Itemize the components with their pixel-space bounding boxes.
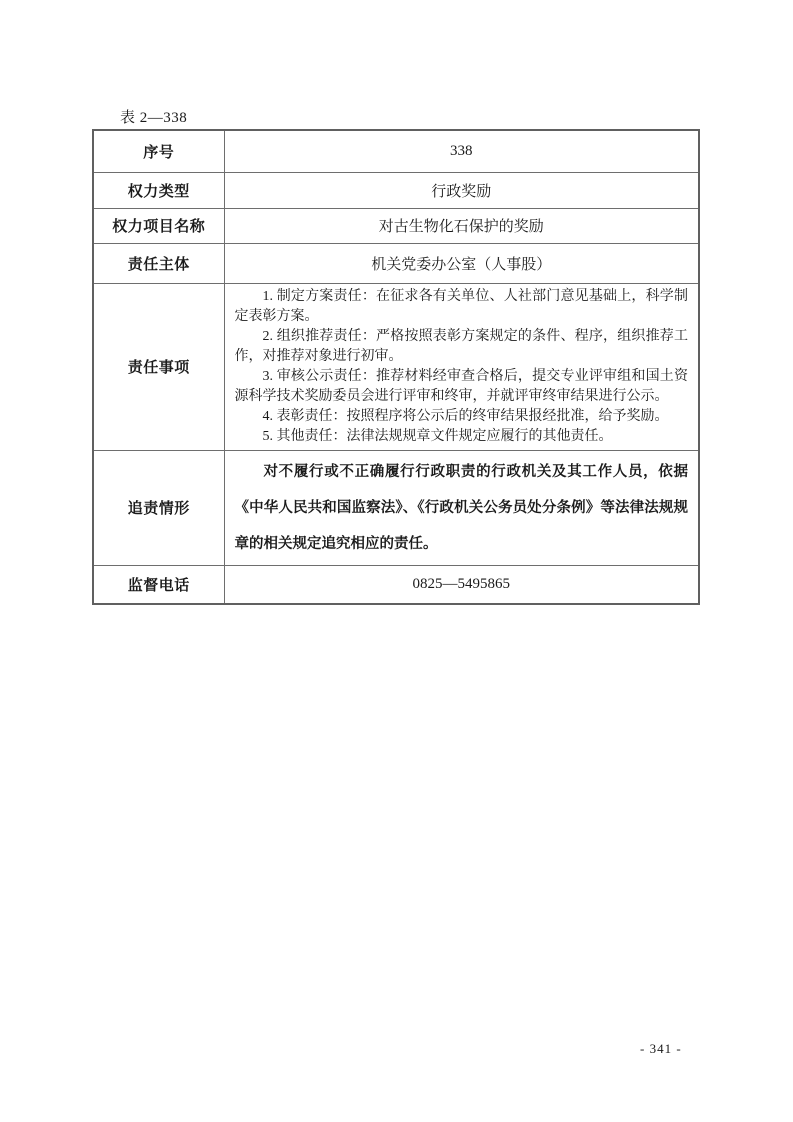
row-value-responsibility-items: 1. 制定方案责任：在征求各有关单位、人社部门意见基础上，科学制定表彰方案。 2… (224, 283, 699, 450)
table-row-supervision-phone: 监督电话 0825—5495865 (93, 565, 699, 604)
duty-item-2: 2. 组织推荐责任：严格按照表彰方案规定的条件、程序，组织推荐工作，对推荐对象进… (235, 327, 689, 367)
duty-item-5: 5. 其他责任：法律法规规章文件规定应履行的其他责任。 (235, 427, 689, 447)
row-value-responsible-body: 机关党委办公室（人事股） (224, 243, 699, 283)
duty-item-4: 4. 表彰责任：按照程序将公示后的终审结果报经批准，给予奖励。 (235, 407, 689, 427)
row-label-responsible-body: 责任主体 (93, 243, 224, 283)
row-value-serial-number: 338 (224, 130, 699, 172)
document-page: 表 2—338 序号 338 权力类型 行政奖励 权力项目名称 对古生物化石保护… (0, 0, 793, 1122)
page-number: - 341 - (640, 1041, 682, 1057)
responsibility-table: 序号 338 权力类型 行政奖励 权力项目名称 对古生物化石保护的奖励 责任主体… (92, 129, 700, 605)
accountability-text: 对不履行或不正确履行行政职责的行政机关及其工作人员，依据《中华人民共和国监察法》… (235, 454, 689, 562)
row-label-responsibility-items: 责任事项 (93, 283, 224, 450)
duty-item-1: 1. 制定方案责任：在征求各有关单位、人社部门意见基础上，科学制定表彰方案。 (235, 287, 689, 327)
table-row-responsibility-items: 责任事项 1. 制定方案责任：在征求各有关单位、人社部门意见基础上，科学制定表彰… (93, 283, 699, 450)
row-value-power-type: 行政奖励 (224, 172, 699, 208)
row-label-serial-number: 序号 (93, 130, 224, 172)
table-row-serial-number: 序号 338 (93, 130, 699, 172)
row-label-power-type: 权力类型 (93, 172, 224, 208)
table-row-responsible-body: 责任主体 机关党委办公室（人事股） (93, 243, 699, 283)
table-row-accountability-circumstances: 追责情形 对不履行或不正确履行行政职责的行政机关及其工作人员，依据《中华人民共和… (93, 450, 699, 565)
duty-item-3: 3. 审核公示责任：推荐材料经审查合格后，提交专业评审组和国土资源科学技术奖励委… (235, 367, 689, 407)
row-label-power-item-name: 权力项目名称 (93, 208, 224, 243)
table-row-power-type: 权力类型 行政奖励 (93, 172, 699, 208)
table-row-power-item-name: 权力项目名称 对古生物化石保护的奖励 (93, 208, 699, 243)
table-caption: 表 2—338 (120, 106, 187, 127)
row-value-supervision-phone: 0825—5495865 (224, 565, 699, 604)
row-label-accountability-circumstances: 追责情形 (93, 450, 224, 565)
row-label-supervision-phone: 监督电话 (93, 565, 224, 604)
row-value-accountability-circumstances: 对不履行或不正确履行行政职责的行政机关及其工作人员，依据《中华人民共和国监察法》… (224, 450, 699, 565)
row-value-power-item-name: 对古生物化石保护的奖励 (224, 208, 699, 243)
